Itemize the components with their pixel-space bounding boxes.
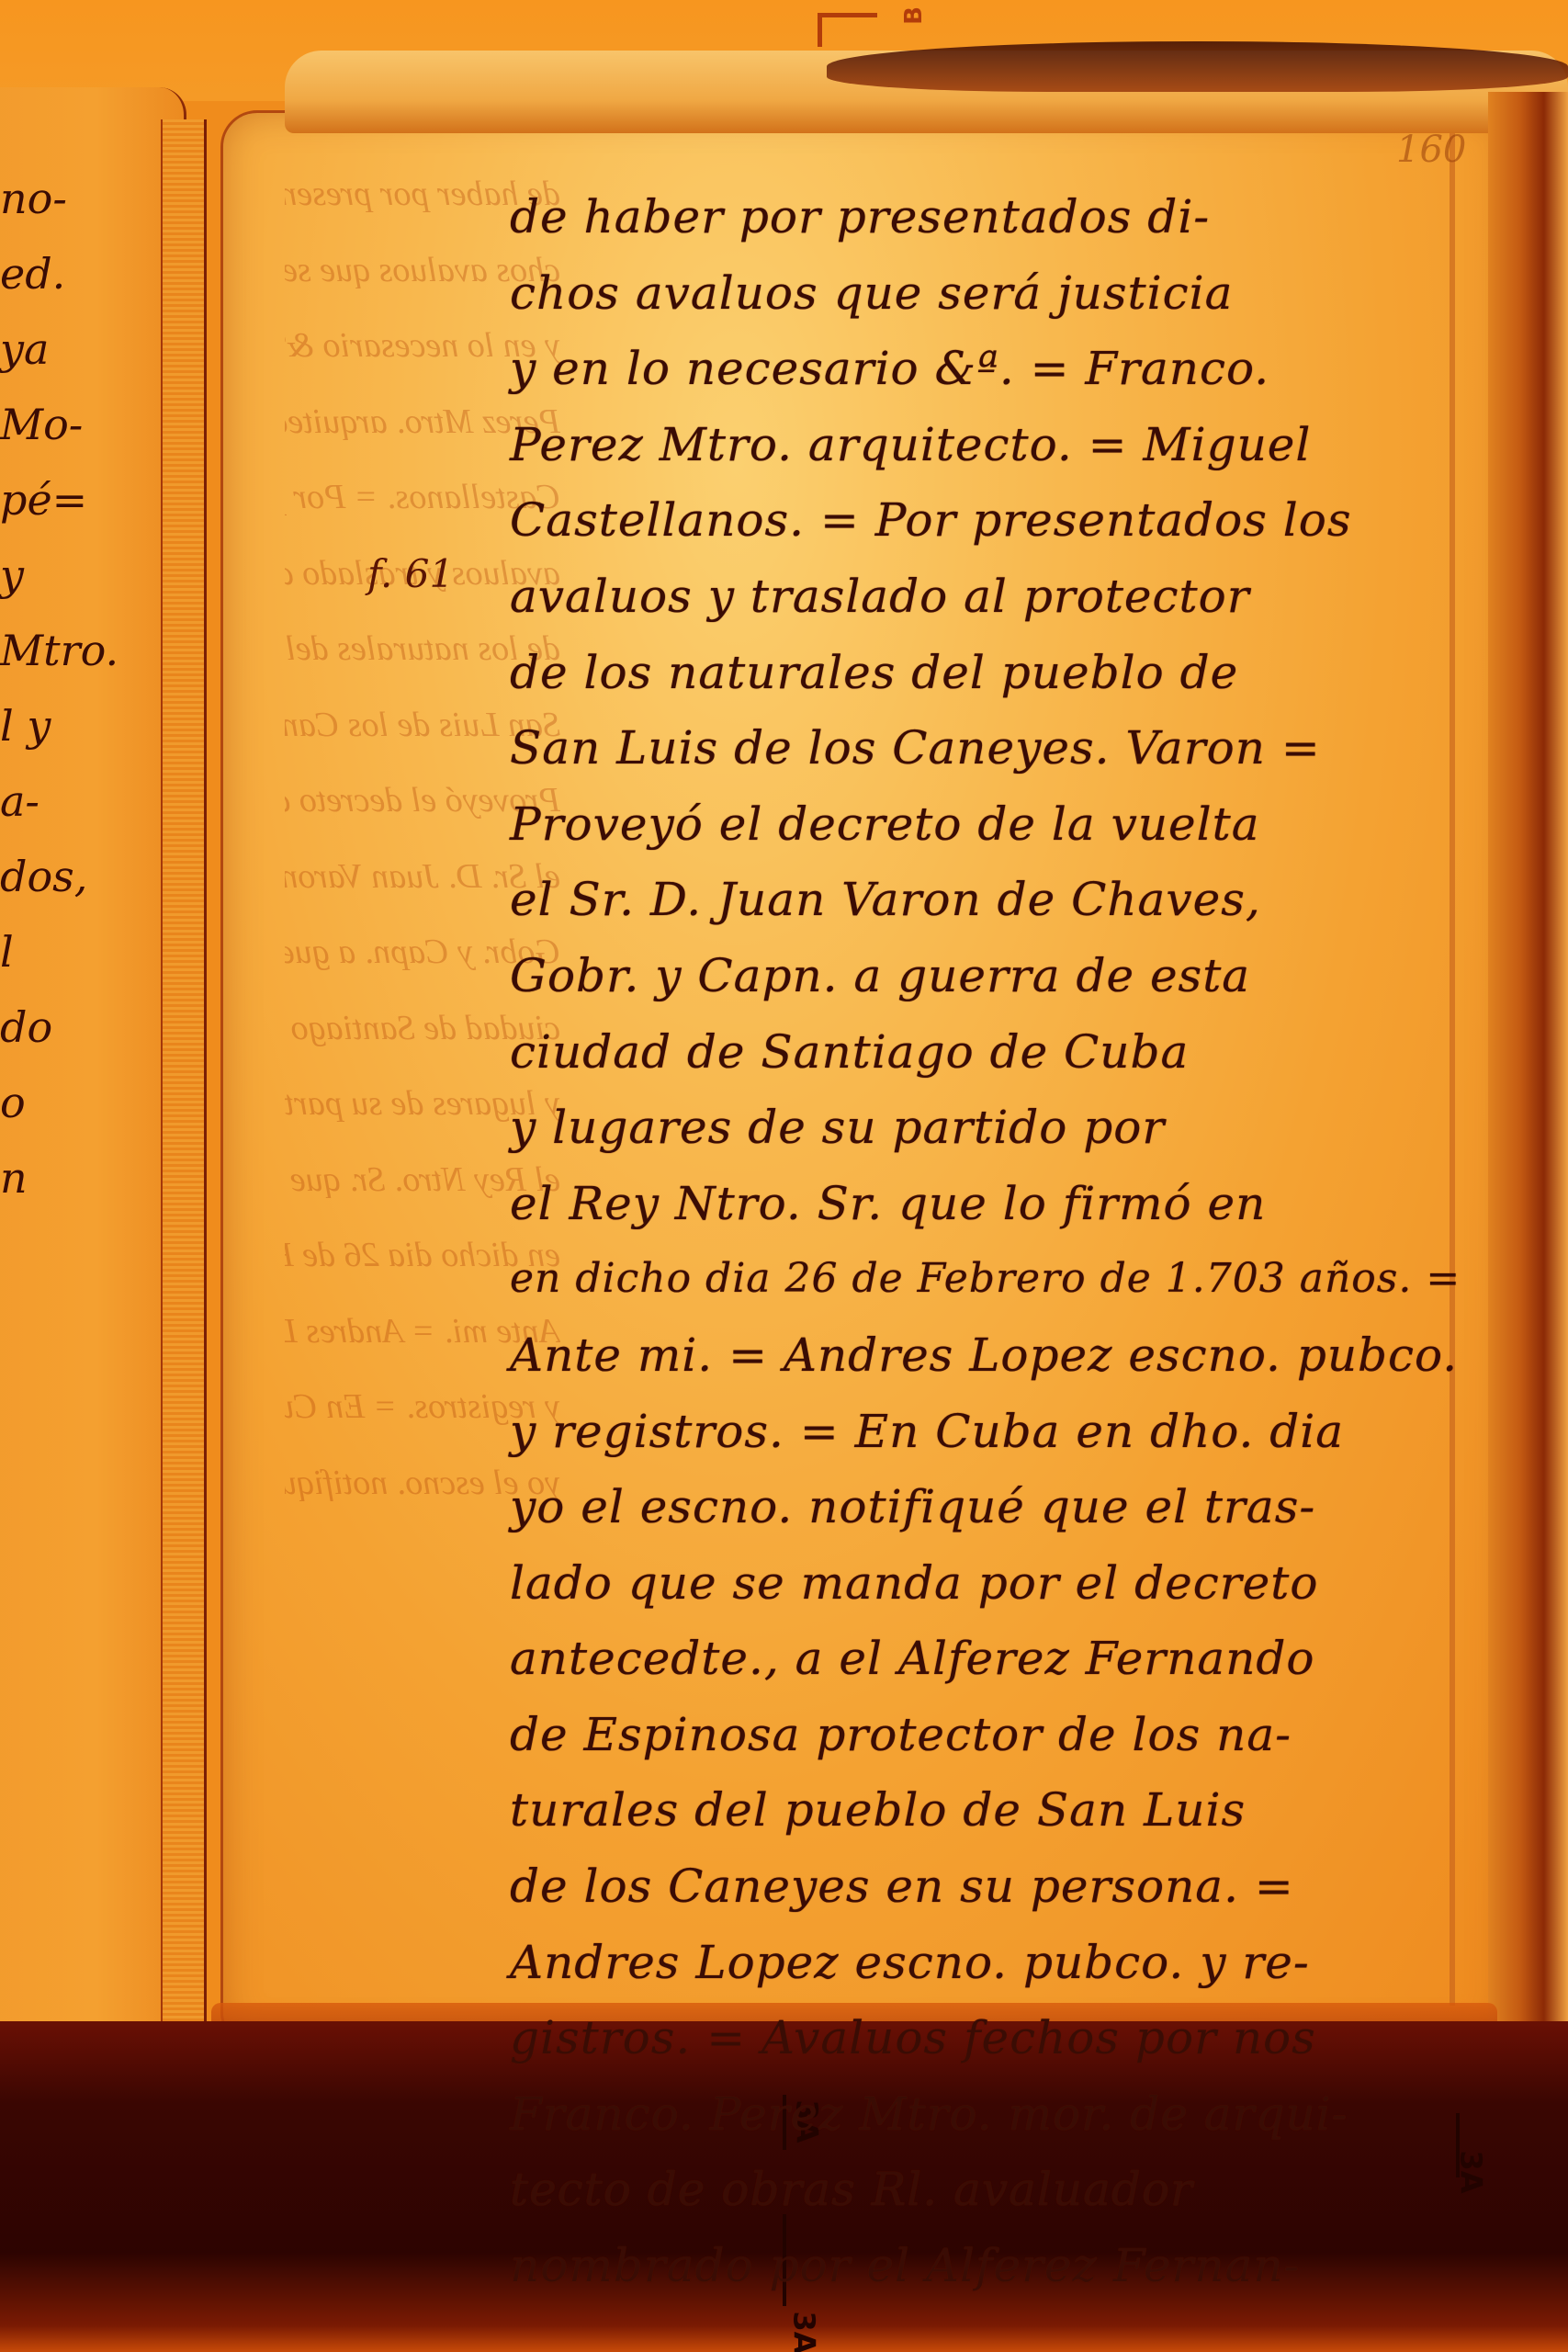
left-line: ya: [0, 311, 156, 387]
left-line: a-: [0, 763, 156, 839]
left-line: l: [0, 914, 156, 989]
manuscript-line: de haber por presentados di-: [510, 179, 1493, 255]
manuscript-line: yo el escno. notifiqué que el tras-: [510, 1469, 1493, 1545]
manuscript-line: en dicho dia 26 de Febrero de 1.703 años…: [510, 1241, 1493, 1317]
manuscript-line: y lugares de su partido por: [510, 1090, 1493, 1166]
manuscript-line: lado que se manda por el decreto: [510, 1545, 1493, 1622]
manuscript-line: antecedte., a el Alferez Fernando: [510, 1621, 1493, 1697]
left-line: n: [0, 1140, 156, 1216]
book-gutter: [161, 119, 207, 2049]
manuscript-line: Andres Lopez escno. pubco. y re-: [510, 1925, 1493, 2001]
manuscript-line: Ante mi. = Andres Lopez escno. pubco.: [510, 1317, 1493, 1394]
manuscript-line: el Sr. D. Juan Varon de Chaves,: [510, 862, 1493, 938]
tissue-paper-right: [1488, 92, 1568, 2095]
manuscript-line: y registros. = En Cuba en dho. dia: [510, 1394, 1493, 1470]
left-line: l y: [0, 688, 156, 763]
left-line: no-: [0, 161, 156, 236]
manuscript-line: turales del pueblo de San Luis: [510, 1772, 1493, 1849]
manuscript-line: ciudad de Santiago de Cuba: [510, 1014, 1493, 1091]
left-line: o: [0, 1065, 156, 1140]
manuscript-line: Castellanos. = Por presentados los: [510, 482, 1493, 559]
manuscript-line: y en lo necesario &ª. = Franco.: [510, 331, 1493, 407]
left-line: y: [0, 537, 156, 613]
manuscript-line: de Espinosa protector de los na-: [510, 1697, 1493, 1773]
page-number: 160: [1396, 129, 1466, 171]
manuscript-line: Perez Mtro. arquitecto. = Miguel: [510, 407, 1493, 483]
manuscript-line: tecto de obras Rl. avaluador: [510, 2152, 1493, 2228]
left-page-text: no- ed. ya Mo- pé= y Mtro. l y a- dos, l…: [0, 161, 156, 1216]
frame-marker-bottom: 3A: [787, 2311, 822, 2352]
left-line: Mo-: [0, 387, 156, 462]
manuscript-line: Proveyó el decreto de la vuelta: [510, 786, 1493, 863]
left-line: do: [0, 989, 156, 1065]
left-line: ed.: [0, 236, 156, 311]
frame-marker-top: B: [900, 6, 928, 25]
manuscript-line: el Rey Ntro. Sr. que lo firmó en: [510, 1166, 1493, 1242]
manuscript-line: gistros. = Avaluos fechos por nos: [510, 2000, 1493, 2076]
margin-folio-note: f. 61: [367, 551, 454, 596]
paper-fold: [827, 41, 1568, 92]
left-line: pé=: [0, 462, 156, 537]
manuscript-line: de los Caneyes en su persona. =: [510, 1849, 1493, 1925]
frame-bracket: [818, 13, 877, 47]
manuscript-line: San Luis de los Caneyes. Varon =: [510, 710, 1493, 786]
left-line: Mtro.: [0, 613, 156, 688]
left-line: dos,: [0, 839, 156, 914]
manuscript-line: avaluos y traslado al protector: [510, 559, 1493, 635]
manuscript-text: de haber por presentados di- chos avaluo…: [510, 179, 1493, 2304]
manuscript-line: de los naturales del pueblo de: [510, 635, 1493, 711]
manuscript-line: nombrado por el Alferez Fernan-: [510, 2228, 1493, 2304]
manuscript-line: Franco. Perez Mtro. mor. de arqui-: [510, 2076, 1493, 2153]
manuscript-line: chos avaluos que será justicia: [510, 255, 1493, 332]
manuscript-line: Gobr. y Capn. a guerra de esta: [510, 938, 1493, 1014]
